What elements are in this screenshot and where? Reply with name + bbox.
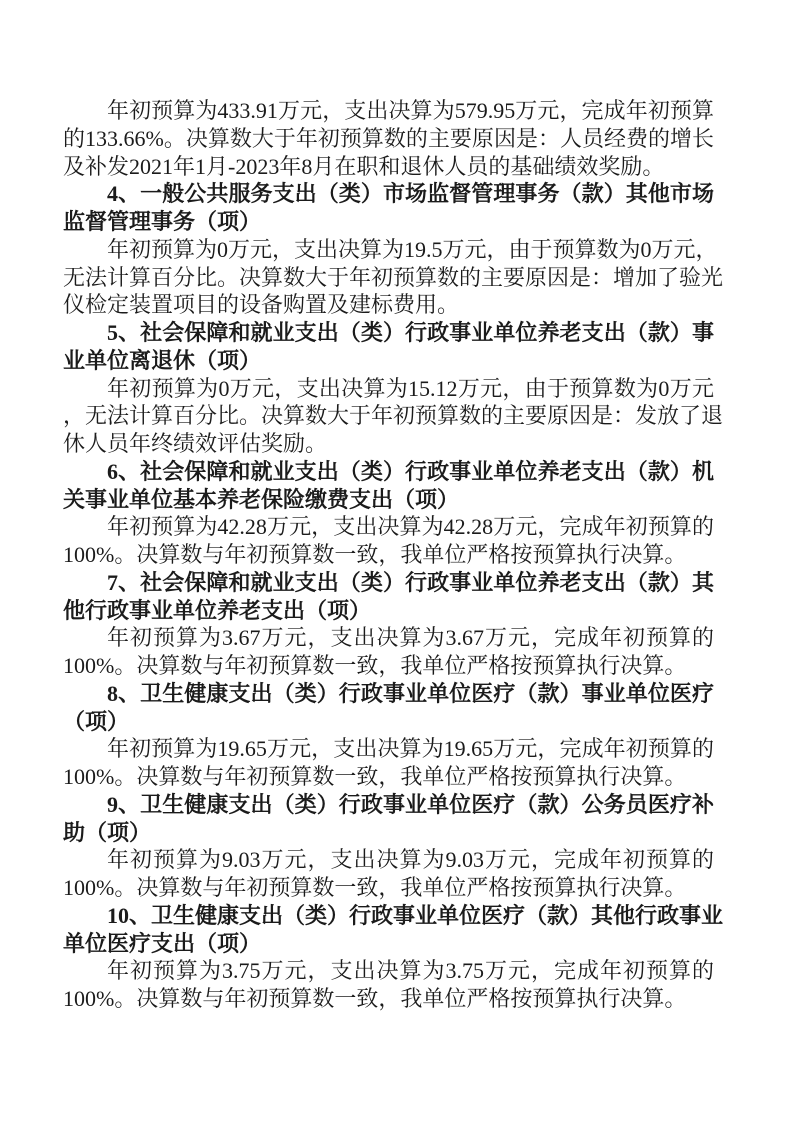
paragraph-line: 及补发2021年1月-2023年8月在职和退休人员的基础绩效奖励。 [63, 153, 714, 181]
heading-line: 7、社会保障和就业支出（类）行政事业单位养老支出（款）其 [63, 569, 714, 597]
paragraph-line: 年初预算为3.67万元，支出决算为3.67万元，完成年初预算的 [63, 624, 714, 652]
body-paragraph: 年初预算为0万元，支出决算为15.12万元，由于预算数为0万元，无法计算百分比。… [63, 375, 714, 458]
paragraph-line: 休人员年终绩效评估奖励。 [63, 430, 714, 458]
heading-line: 9、卫生健康支出（类）行政事业单位医疗（款）公务员医疗补 [63, 791, 714, 819]
paragraph-line: 年初预算为0万元，支出决算为15.12万元，由于预算数为0万元 [63, 375, 714, 403]
section-heading: 5、社会保障和就业支出（类）行政事业单位养老支出（款）事业单位离退休（项） [63, 319, 714, 375]
paragraph-line: 100%。决算数与年初预算数一致，我单位严格按预算执行决算。 [63, 652, 714, 680]
heading-line: 关事业单位基本养老保险缴费支出（项） [63, 486, 714, 514]
section-heading: 8、卫生健康支出（类）行政事业单位医疗（款）事业单位医疗（项） [63, 680, 714, 736]
paragraph-line: 仪检定装置项目的设备购置及建标费用。 [63, 291, 714, 319]
body-paragraph: 年初预算为19.65万元，支出决算为19.65万元，完成年初预算的100%。决算… [63, 735, 714, 791]
paragraph-line: 年初预算为42.28万元，支出决算为42.28万元，完成年初预算的 [63, 513, 714, 541]
section-heading: 7、社会保障和就业支出（类）行政事业单位养老支出（款）其他行政事业单位养老支出（… [63, 569, 714, 625]
body-paragraph: 年初预算为42.28万元，支出决算为42.28万元，完成年初预算的100%。决算… [63, 513, 714, 569]
heading-line: 4、一般公共服务支出（类）市场监督管理事务（款）其他市场 [63, 180, 714, 208]
section-heading: 10、卫生健康支出（类）行政事业单位医疗（款）其他行政事业单位医疗支出（项） [63, 902, 714, 958]
section-heading: 4、一般公共服务支出（类）市场监督管理事务（款）其他市场监督管理事务（项） [63, 180, 714, 236]
paragraph-line: 100%。决算数与年初预算数一致，我单位严格按预算执行决算。 [63, 874, 714, 902]
section-heading: 6、社会保障和就业支出（类）行政事业单位养老支出（款）机关事业单位基本养老保险缴… [63, 458, 714, 514]
body-paragraph: 年初预算为3.67万元，支出决算为3.67万元，完成年初预算的100%。决算数与… [63, 624, 714, 680]
heading-line: 他行政事业单位养老支出（项） [63, 597, 714, 625]
heading-line: 6、社会保障和就业支出（类）行政事业单位养老支出（款）机 [63, 458, 714, 486]
paragraph-line: 年初预算为9.03万元，支出决算为9.03万元，完成年初预算的 [63, 846, 714, 874]
body-paragraph: 年初预算为433.91万元，支出决算为579.95万元，完成年初预算的133.6… [63, 97, 714, 180]
heading-line: 助（项） [63, 819, 714, 847]
paragraph-line: ，无法计算百分比。决算数大于年初预算数的主要原因是：发放了退 [63, 402, 714, 430]
document-content: 年初预算为433.91万元，支出决算为579.95万元，完成年初预算的133.6… [63, 97, 714, 1013]
heading-line: （项） [63, 708, 714, 736]
paragraph-line: 年初预算为3.75万元，支出决算为3.75万元，完成年初预算的 [63, 957, 714, 985]
section-heading: 9、卫生健康支出（类）行政事业单位医疗（款）公务员医疗补助（项） [63, 791, 714, 847]
paragraph-line: 的133.66%。决算数大于年初预算数的主要原因是：人员经费的增长 [63, 125, 714, 153]
document-page: 年初预算为433.91万元，支出决算为579.95万元，完成年初预算的133.6… [0, 0, 793, 1122]
body-paragraph: 年初预算为9.03万元，支出决算为9.03万元，完成年初预算的100%。决算数与… [63, 846, 714, 902]
heading-line: 8、卫生健康支出（类）行政事业单位医疗（款）事业单位医疗 [63, 680, 714, 708]
paragraph-line: 100%。决算数与年初预算数一致，我单位严格按预算执行决算。 [63, 985, 714, 1013]
paragraph-line: 年初预算为0万元，支出决算为19.5万元，由于预算数为0万元， [63, 236, 714, 264]
heading-line: 业单位离退休（项） [63, 347, 714, 375]
paragraph-line: 年初预算为433.91万元，支出决算为579.95万元，完成年初预算 [63, 97, 714, 125]
heading-line: 监督管理事务（项） [63, 208, 714, 236]
paragraph-line: 100%。决算数与年初预算数一致，我单位严格按预算执行决算。 [63, 763, 714, 791]
heading-line: 单位医疗支出（项） [63, 930, 714, 958]
paragraph-line: 无法计算百分比。决算数大于年初预算数的主要原因是：增加了验光 [63, 264, 714, 292]
paragraph-line: 年初预算为19.65万元，支出决算为19.65万元，完成年初预算的 [63, 735, 714, 763]
paragraph-line: 100%。决算数与年初预算数一致，我单位严格按预算执行决算。 [63, 541, 714, 569]
heading-line: 5、社会保障和就业支出（类）行政事业单位养老支出（款）事 [63, 319, 714, 347]
body-paragraph: 年初预算为3.75万元，支出决算为3.75万元，完成年初预算的100%。决算数与… [63, 957, 714, 1013]
body-paragraph: 年初预算为0万元，支出决算为19.5万元，由于预算数为0万元，无法计算百分比。决… [63, 236, 714, 319]
heading-line: 10、卫生健康支出（类）行政事业单位医疗（款）其他行政事业 [63, 902, 714, 930]
